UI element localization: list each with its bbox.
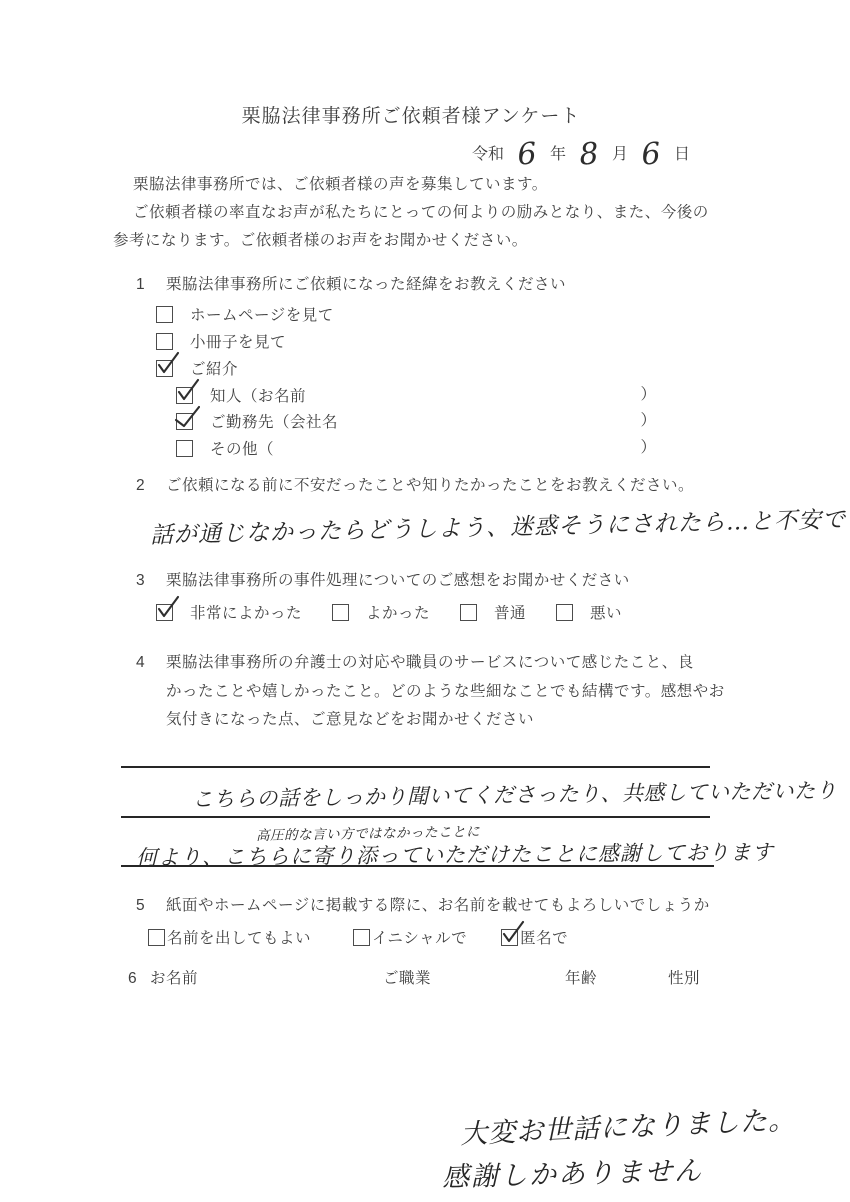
q1-option-booklet: 小冊子を見て — [156, 330, 286, 352]
question-text: 栗脇法律事務所の事件処理についてのご感想をお聞かせください — [166, 572, 630, 590]
q5-options: 名前を出してもよい イニシャルで 匿名で — [148, 926, 568, 948]
question-number: 6 — [128, 971, 137, 987]
question-text-line: かったことや嬉しかったこと。どのような些細なことでも結構です。感想やお — [166, 683, 725, 700]
option-label: 小冊子を見て — [190, 330, 286, 352]
close-paren: ） — [640, 408, 656, 430]
q6-field-gender: 性別 — [668, 971, 700, 987]
checkbox — [353, 929, 370, 946]
checkbox — [460, 604, 477, 621]
check-mark-icon — [174, 404, 200, 430]
question-text-line: 栗脇法律事務所の弁護士の対応や職員のサービスについて感じたこと、良 — [166, 654, 694, 671]
question-text: 栗脇法律事務所にご依頼になった経緯をお教えください — [166, 276, 566, 294]
intro-line: ご依頼者様の率直なお声が私たちにとっての何よりの励みとなり、また、今後の — [113, 200, 761, 228]
option-label: 知人（お名前 — [210, 384, 306, 406]
q6-field-name: お名前 — [150, 971, 198, 987]
question-1-heading: 1 栗脇法律事務所にご依頼になった経緯をお教えください — [136, 276, 566, 294]
q1-suboption-employer: ご勤務先（会社名 ） — [176, 410, 656, 432]
footer-note-line2: 感謝しかありません — [442, 1149, 704, 1195]
question-text: 紙面やホームページに掲載する際に、お名前を載せてもよろしいでしょうか — [166, 897, 710, 915]
option-label: 名前を出してもよい — [167, 926, 311, 948]
question-5-heading: 5 紙面やホームページに掲載する際に、お名前を載せてもよろしいでしょうか — [136, 897, 710, 915]
date-day-suffix: 日 — [674, 141, 690, 166]
checkbox — [156, 306, 173, 323]
checkbox — [176, 440, 193, 457]
footer-note-line1: 大変お世話になりました。 — [459, 1098, 796, 1152]
intro-line: 栗脇法律事務所では、ご依頼者様の声を募集しています。 — [113, 172, 761, 200]
q4-handwritten-line1: こちらの話をしっかり聞いてくださったり、共感していただいたり — [192, 774, 837, 813]
checkbox — [176, 413, 193, 430]
date-month-handwritten: 8 — [565, 142, 612, 167]
answer-rule-line — [121, 766, 710, 768]
answer-rule-line — [121, 816, 710, 818]
question-4-heading: 4 栗脇法律事務所の弁護士の対応や職員のサービスについて感じたこと、良 かったこ… — [136, 649, 766, 735]
option-label: 悪い — [590, 601, 622, 623]
checkbox — [332, 604, 349, 621]
q1-suboption-other: その他（ ） — [176, 437, 656, 459]
date-year-suffix: 年 — [550, 141, 566, 166]
q3-option-average: 普通 — [460, 601, 526, 623]
checkbox — [501, 929, 518, 946]
option-label: その他（ — [210, 437, 274, 459]
checkbox — [148, 929, 165, 946]
option-label: よかった — [366, 601, 430, 623]
date-line: 令和 6 年 8 月 6 日 — [472, 141, 690, 166]
q3-option-good: よかった — [332, 601, 430, 623]
question-number: 5 — [136, 897, 150, 915]
q3-options: 非常によかった よかった 普通 悪い — [156, 601, 622, 623]
q5-option-real-name: 名前を出してもよい — [148, 926, 311, 948]
q1-suboption-acquaintance: 知人（お名前 ） — [176, 384, 656, 406]
intro-line: 参考になります。ご依頼者様のお声をお聞かせください。 — [113, 228, 761, 256]
option-label: 匿名で — [520, 926, 568, 948]
q6-field-occupation: ご職業 — [383, 971, 431, 987]
date-day-handwritten: 6 — [627, 142, 674, 167]
question-text-line: 気付きになった点、ご意見などをお聞かせください — [166, 711, 534, 728]
check-mark-icon — [154, 351, 180, 377]
checkbox — [556, 604, 573, 621]
checkbox — [156, 604, 173, 621]
date-era-label: 令和 — [472, 141, 504, 166]
option-label: ご紹介 — [190, 357, 238, 379]
date-year-handwritten: 6 — [503, 142, 550, 167]
option-label: 普通 — [494, 601, 526, 623]
date-month-suffix: 月 — [612, 141, 628, 166]
option-label: イニシャルで — [372, 926, 467, 948]
close-paren: ） — [640, 382, 656, 404]
q1-option-referral: ご紹介 — [156, 357, 238, 379]
q5-option-anonymous: 匿名で — [501, 926, 568, 948]
check-mark-icon — [174, 378, 200, 404]
q3-option-bad: 悪い — [556, 601, 622, 623]
option-label: 非常によかった — [190, 601, 302, 623]
question-3-heading: 3 栗脇法律事務所の事件処理についてのご感想をお聞かせください — [136, 572, 630, 590]
question-number: 3 — [136, 572, 150, 590]
q2-handwritten-answer: 話が通じなかったらどうしよう、迷惑そうにされたら…と不安でした。 — [150, 499, 850, 549]
question-number: 4 — [136, 649, 150, 678]
check-mark-icon — [154, 595, 180, 621]
q3-option-excellent: 非常によかった — [156, 601, 302, 623]
option-label: ご勤務先（会社名 — [210, 410, 338, 432]
checkbox — [156, 360, 173, 377]
q1-option-homepage: ホームページを見て — [156, 303, 334, 325]
question-2-heading: 2 ご依頼になる前に不安だったことや知りたかったことをお教えください。 — [136, 477, 694, 495]
question-text: ご依頼になる前に不安だったことや知りたかったことをお教えください。 — [166, 477, 694, 495]
close-paren: ） — [640, 435, 656, 457]
checkbox — [156, 333, 173, 350]
q5-option-initials: イニシャルで — [353, 926, 467, 948]
q6-field-age: 年齢 — [565, 971, 597, 987]
page-title: 栗脇法律事務所ご依頼者様アンケート — [0, 101, 822, 128]
question-number: 2 — [136, 477, 150, 495]
intro-paragraph: 栗脇法律事務所では、ご依頼者様の声を募集しています。 ご依頼者様の率直なお声が私… — [113, 172, 761, 256]
q4-handwritten-line2: 何より、こちらに寄り添っていただけたことに感謝しております — [136, 836, 774, 872]
option-label: ホームページを見て — [190, 303, 334, 325]
question-number: 1 — [136, 276, 150, 294]
checkbox — [176, 387, 193, 404]
check-mark-icon — [499, 920, 525, 946]
